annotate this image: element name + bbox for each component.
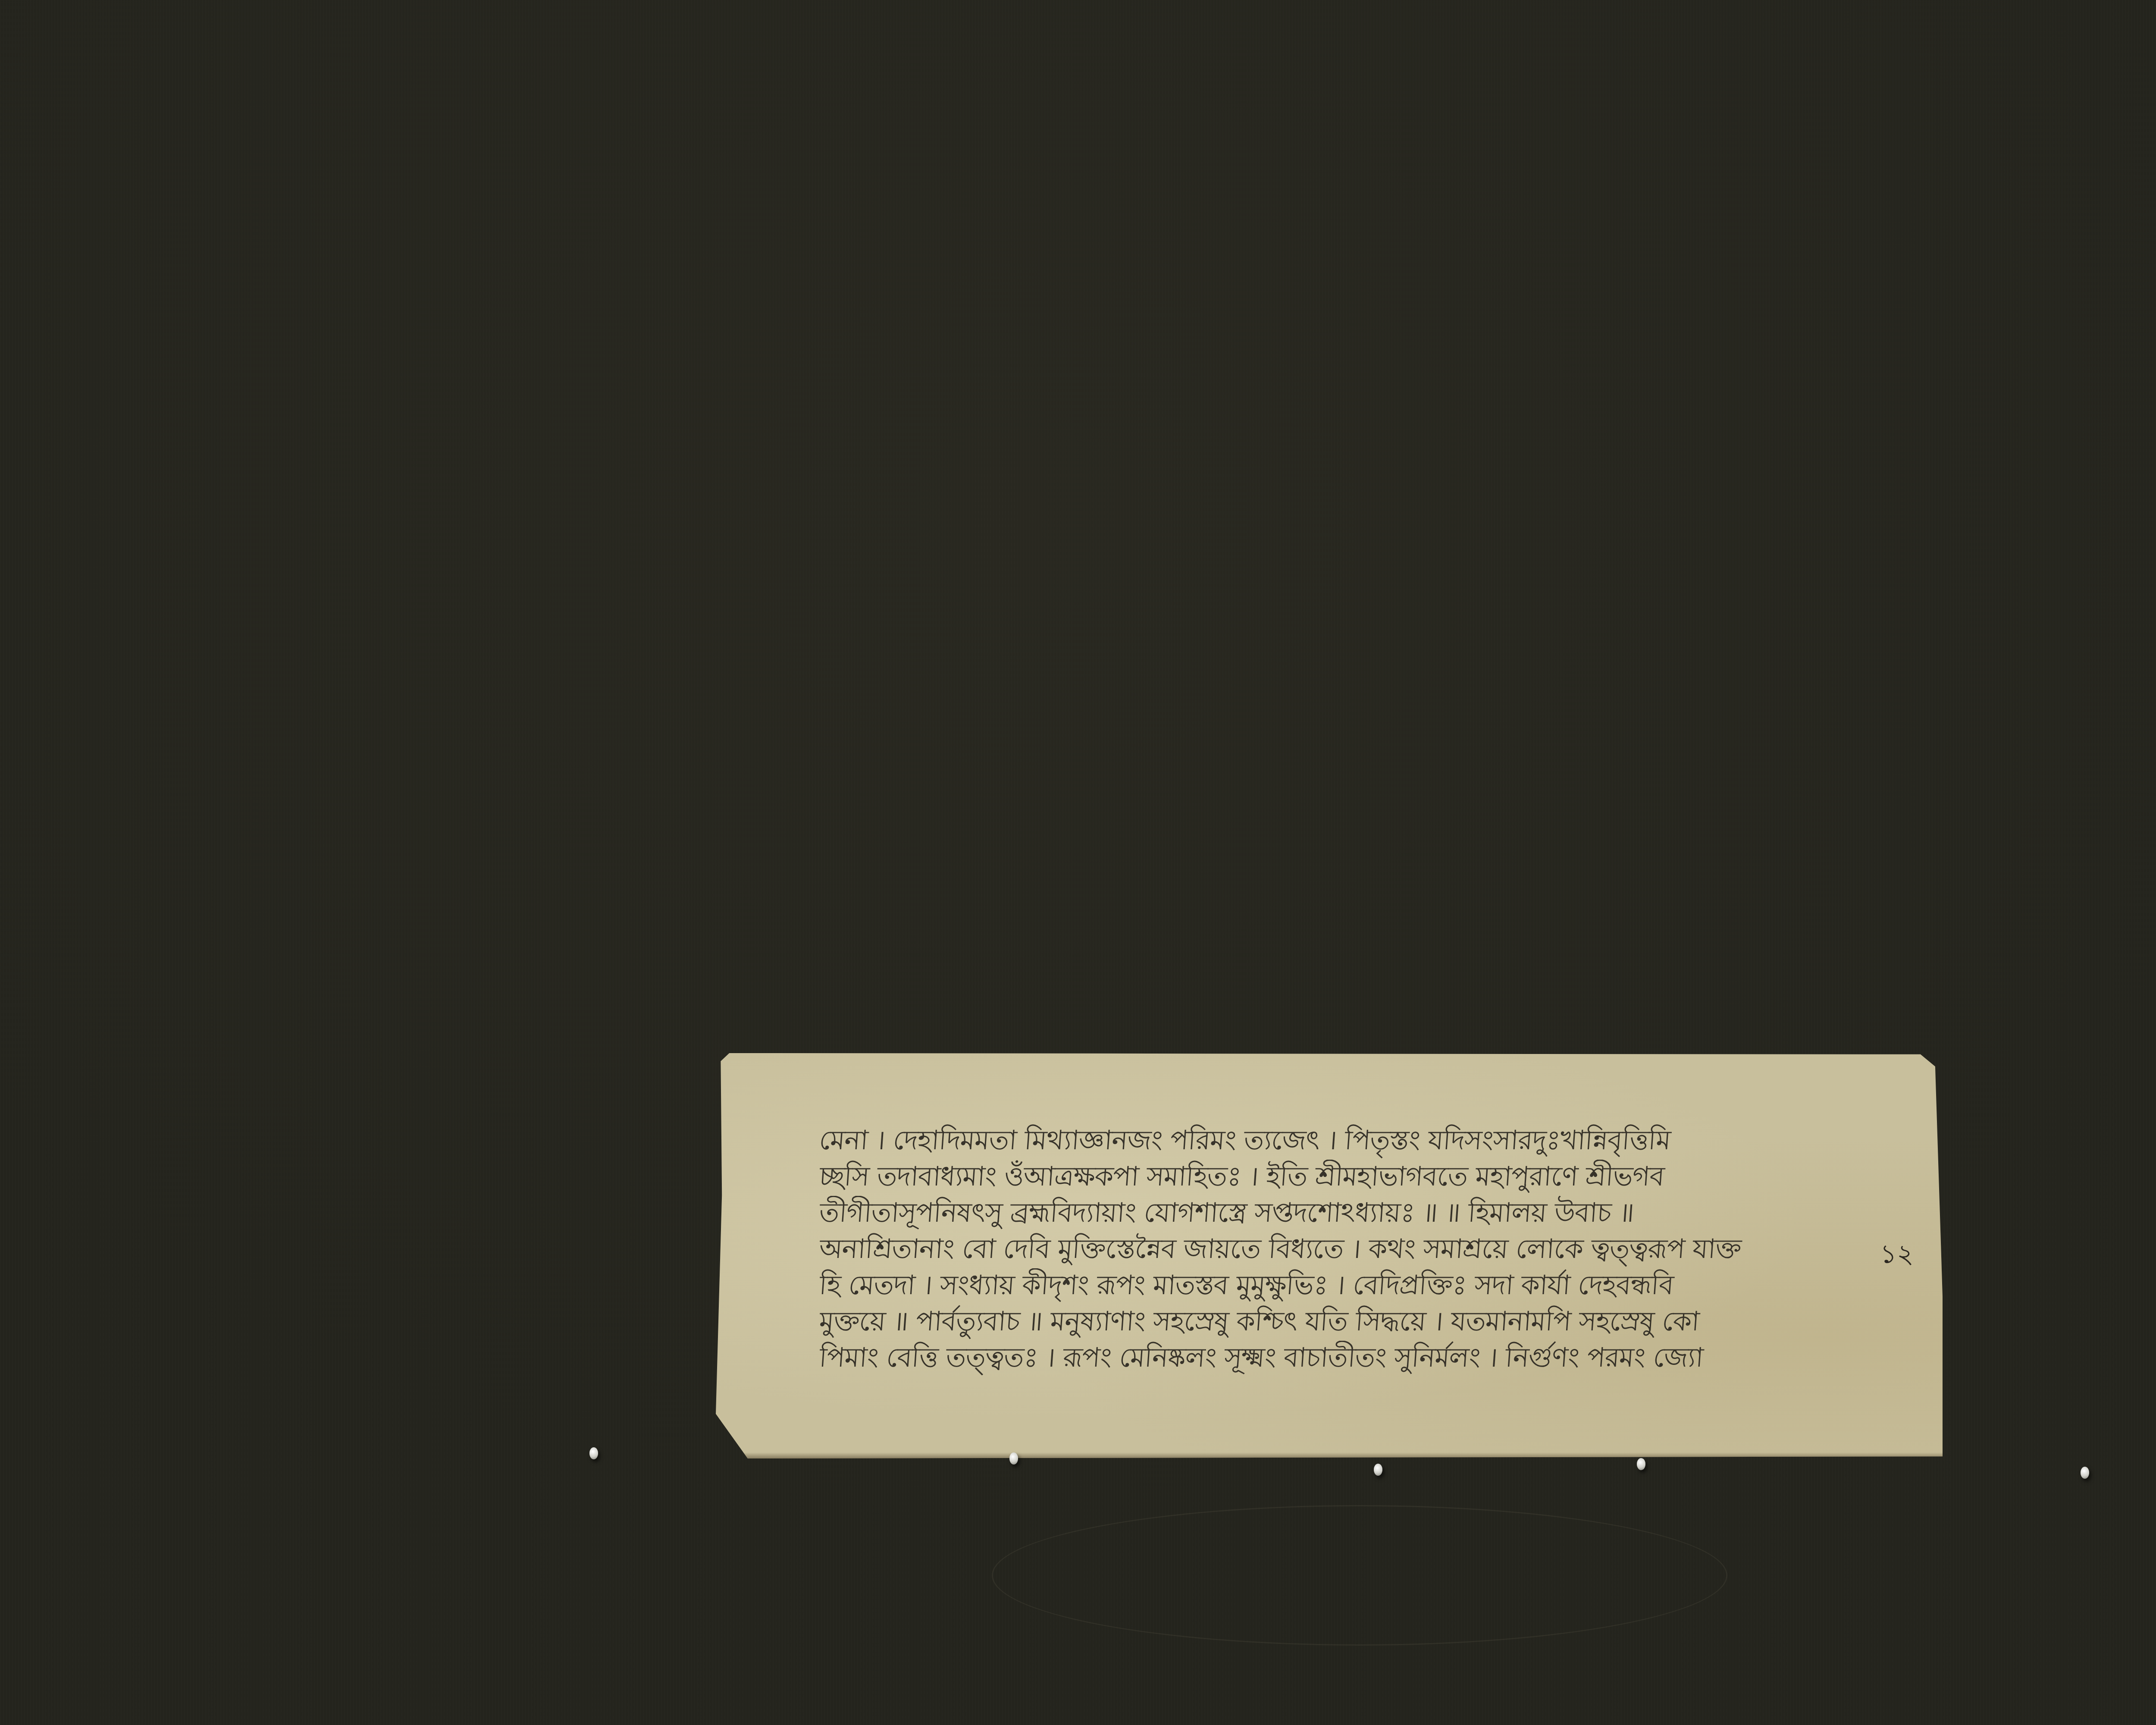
manuscript-text: মেনা । দেহাদিমমতা মিথ্যাজ্ঞানজং পরিমং ত্… — [819, 1122, 1867, 1376]
manuscript-leaf: মেনা । দেহাদিমমতা মিথ্যাজ্ঞানজং পরিমং ত্… — [716, 1053, 1943, 1458]
manuscript-line-6: মুক্তয়ে ॥ পার্বত্যুবাচ ॥ মনুষ্যাণাং সহস… — [818, 1303, 1868, 1339]
manuscript-line-7: পিমাং বেত্তি তত্ত্বতঃ । রূপং মেনিষ্কলং স… — [818, 1339, 1868, 1376]
faint-outline-mark — [992, 1505, 1727, 1646]
pin-head-icon — [1374, 1464, 1382, 1476]
manuscript-line-4: অনাশ্রিতানাং বো দেবি মুক্তিস্তেন্নৈব জায… — [818, 1231, 1868, 1267]
pin-head-icon — [1637, 1458, 1645, 1470]
manuscript-line-1: মেনা । দেহাদিমমতা মিথ্যাজ্ঞানজং পরিমং ত্… — [818, 1122, 1868, 1158]
mounting-board — [0, 0, 2156, 1725]
manuscript-line-2: চ্ছসি তদাবাধ্যমাং ওঁআত্রক্ষকপা সমাহিতঃ ।… — [818, 1158, 1868, 1195]
folio-number: ১২ — [1880, 1234, 1914, 1277]
manuscript-line-5: হি মেতদা । সংধ্যায় কীদৃশং রূপং মাতস্তব … — [818, 1267, 1868, 1303]
pin-head-icon — [1009, 1452, 1018, 1465]
manuscript-line-3: তীগীতাসূপনিষৎসু ব্রহ্মবিদ্যায়াং যোগশাস্… — [818, 1195, 1868, 1231]
pin-head-icon — [2081, 1467, 2089, 1479]
pin-head-icon — [589, 1447, 598, 1459]
